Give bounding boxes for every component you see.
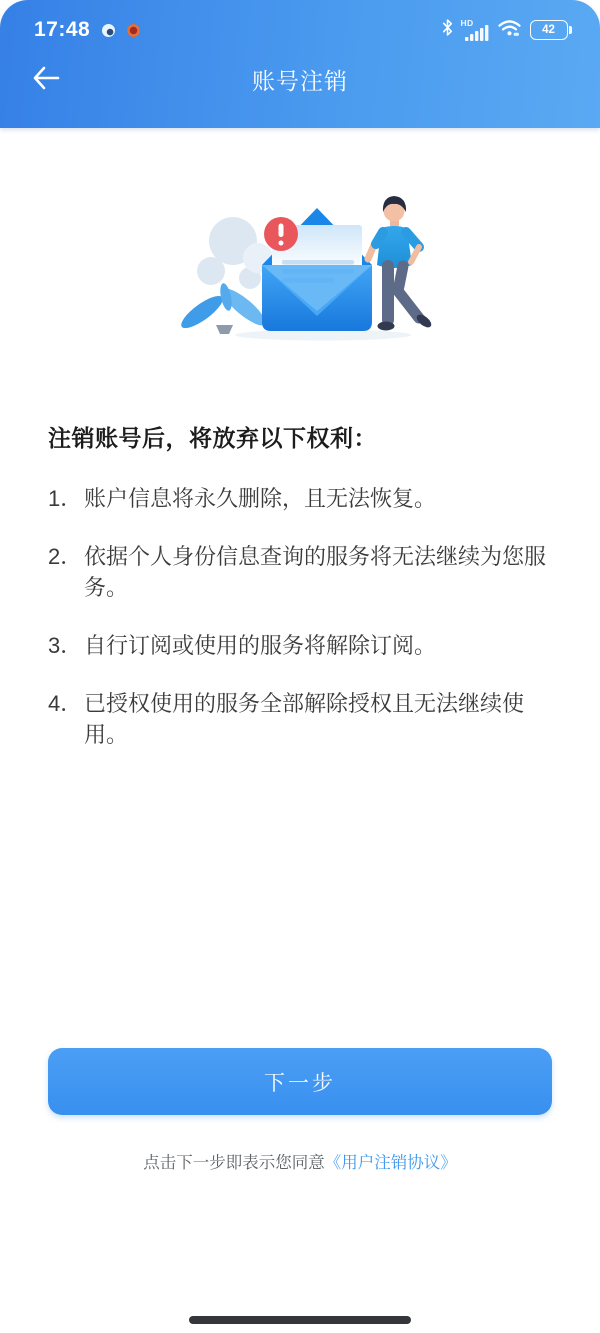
- agreement-link[interactable]: 《用户注销协议》: [325, 1154, 457, 1172]
- list-item-number: 2．: [48, 541, 84, 603]
- recording-indicator-icon: [127, 24, 140, 37]
- list-item: 2． 依据个人身份信息查询的服务将无法继续为您服务。: [48, 541, 554, 603]
- status-time: 17:48: [34, 18, 90, 42]
- list-item-text: 依据个人身份信息查询的服务将无法继续为您服务。: [84, 541, 554, 603]
- home-indicator[interactable]: [189, 1316, 411, 1324]
- list-item: 1． 账户信息将永久删除，且无法恢复。: [48, 483, 554, 514]
- list-item-text: 自行订阅或使用的服务将解除订阅。: [84, 630, 554, 661]
- nav-bar: 账号注销: [0, 44, 600, 114]
- next-step-button[interactable]: 下一步: [48, 1048, 552, 1115]
- rights-list: 1． 账户信息将永久删除，且无法恢复。 2． 依据个人身份信息查询的服务将无法继…: [48, 483, 554, 750]
- list-item-text: 已授权使用的服务全部解除授权且无法继续使用。: [84, 688, 554, 750]
- agreement-note: 点击下一步即表示您同意《用户注销协议》: [0, 1149, 600, 1173]
- list-item-number: 1．: [48, 483, 84, 514]
- list-item-number: 4．: [48, 688, 84, 750]
- ground-shadow: [235, 330, 411, 341]
- bluetooth-icon: [441, 18, 454, 42]
- account-cancellation-screen: 17:48 HD: [0, 0, 600, 1333]
- list-item-text: 账户信息将永久删除，且无法恢复。: [84, 483, 554, 514]
- rights-heading: 注销账号后，将放弃以下权利：: [48, 423, 554, 454]
- list-item: 3． 自行订阅或使用的服务将解除订阅。: [48, 630, 554, 661]
- envelope-alert-illustration: [140, 168, 470, 373]
- battery-icon: 42: [530, 20, 573, 40]
- status-bar: 17:48 HD: [0, 0, 600, 44]
- list-item-number: 3．: [48, 630, 84, 661]
- app-header: 17:48 HD: [0, 0, 600, 128]
- location-indicator-icon: [102, 24, 115, 37]
- battery-percent: 42: [542, 24, 555, 36]
- back-button[interactable]: [26, 59, 66, 99]
- alert-badge-icon: [264, 217, 298, 251]
- back-arrow-icon: [31, 65, 61, 94]
- plant-shape: [177, 282, 270, 334]
- list-item: 4． 已授权使用的服务全部解除授权且无法继续使用。: [48, 688, 554, 750]
- wifi-icon: [498, 19, 521, 42]
- signal-icon: HD: [463, 19, 489, 41]
- page-title: 账号注销: [252, 63, 348, 96]
- person-shape: [368, 196, 433, 331]
- agreement-prefix: 点击下一步即表示您同意: [143, 1154, 325, 1172]
